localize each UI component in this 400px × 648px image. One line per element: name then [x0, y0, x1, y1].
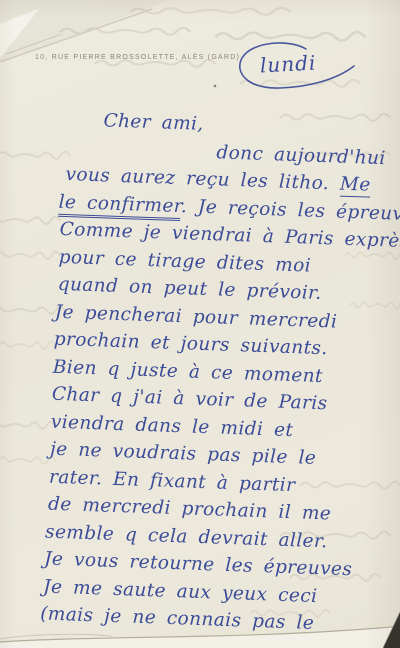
underlined-phrase: Me — [340, 174, 371, 198]
letterhead-address: 10, RUE PIERRE BROSSOLETTE, ALÈS (GARD) — [35, 54, 240, 61]
circle-annotation — [232, 40, 360, 100]
phrase: Cher ami, — [103, 110, 204, 134]
phrase: (mais je ne connais pas le — [40, 603, 315, 634]
letter-body: Cher ami,donc aujourd'huivous aurez reçu… — [48, 106, 400, 640]
phrase: donc aujourd'hui — [216, 142, 386, 169]
date-note: lundi — [232, 40, 360, 100]
letter-scan: 10, RUE PIERRE BROSSOLETTE, ALÈS (GARD) … — [0, 0, 400, 648]
